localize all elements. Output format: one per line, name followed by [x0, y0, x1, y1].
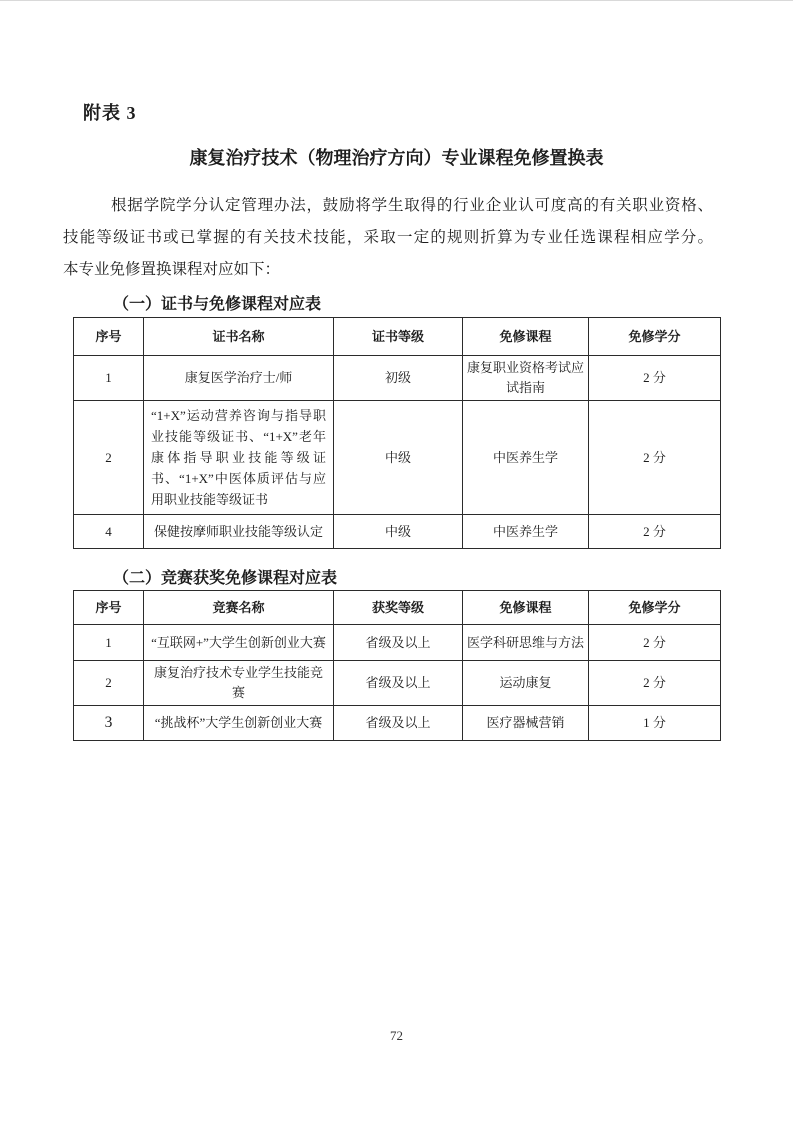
- page-top-divider: [0, 0, 793, 1]
- appendix-label: 附表 3: [83, 99, 137, 125]
- certificate-table-header-row: 序号 证书名称 证书等级 免修课程 免修学分: [74, 318, 721, 356]
- certificate-table-row: 1 康复医学治疗士/师 初级 康复职业资格考试应试指南 2 分: [74, 356, 721, 401]
- cell-exempt-course: 中医养生学: [463, 515, 589, 549]
- certificate-table-row: 2 “1+X”运动营养咨询与指导职业技能等级证书、“1+X”老年康体指导职业技能…: [74, 401, 721, 515]
- competition-table: 序号 竞赛名称 获奖等级 免修课程 免修学分 1 “互联网+”大学生创新创业大赛…: [73, 590, 721, 741]
- cell-exempt-credits: 2 分: [589, 515, 721, 549]
- document-title: 康复治疗技术（物理治疗方向）专业课程免修置换表: [0, 144, 793, 170]
- cell-certificate-level: 中级: [334, 401, 463, 515]
- cell-exempt-credits: 2 分: [589, 625, 721, 661]
- cell-exempt-course: 中医养生学: [463, 401, 589, 515]
- cell-index: 2: [74, 401, 144, 515]
- header-cell-index: 序号: [74, 318, 144, 356]
- intro-line-3: 本专业免修置换课程对应如下：: [63, 254, 713, 286]
- header-cell-exempt-credits: 免修学分: [589, 318, 721, 356]
- cell-competition-name: “挑战杯”大学生创新创业大赛: [144, 706, 334, 741]
- cell-index: 1: [74, 625, 144, 661]
- competition-table-header-row: 序号 竞赛名称 获奖等级 免修课程 免修学分: [74, 591, 721, 625]
- header-cell-certificate-level: 证书等级: [334, 318, 463, 356]
- cell-exempt-course: 运动康复: [463, 661, 589, 706]
- intro-line-1: 根据学院学分认定管理办法，鼓励将学生取得的行业企业认可度高的有关职业资格、: [63, 190, 713, 222]
- cell-exempt-credits: 2 分: [589, 661, 721, 706]
- intro-paragraph: 根据学院学分认定管理办法，鼓励将学生取得的行业企业认可度高的有关职业资格、 技能…: [63, 190, 713, 286]
- cell-index: 2: [74, 661, 144, 706]
- competition-table-row: 2 康复治疗技术专业学生技能竞赛 省级及以上 运动康复 2 分: [74, 661, 721, 706]
- cell-certificate-name: 保健按摩师职业技能等级认定: [144, 515, 334, 549]
- cell-exempt-course: 医疗器械营销: [463, 706, 589, 741]
- header-cell-certificate-name: 证书名称: [144, 318, 334, 356]
- header-cell-exempt-course: 免修课程: [463, 318, 589, 356]
- certificate-table-caption: （一）证书与免修课程对应表: [113, 291, 321, 314]
- competition-table-row: 1 “互联网+”大学生创新创业大赛 省级及以上 医学科研思维与方法 2 分: [74, 625, 721, 661]
- intro-line-2: 技能等级证书或已掌握的有关技术技能，采取一定的规则折算为专业任选课程相应学分。: [63, 222, 713, 254]
- cell-certificate-name: “1+X”运动营养咨询与指导职业技能等级证书、“1+X”老年康体指导职业技能等级…: [144, 401, 334, 515]
- header-cell-exempt-credits: 免修学分: [589, 591, 721, 625]
- cell-exempt-credits: 1 分: [589, 706, 721, 741]
- header-cell-exempt-course: 免修课程: [463, 591, 589, 625]
- cell-exempt-course: 康复职业资格考试应试指南: [463, 356, 589, 401]
- cell-award-level: 省级及以上: [334, 625, 463, 661]
- cell-exempt-credits: 2 分: [589, 401, 721, 515]
- header-cell-index: 序号: [74, 591, 144, 625]
- cell-index: 4: [74, 515, 144, 549]
- cell-certificate-name: 康复医学治疗士/师: [144, 356, 334, 401]
- cell-exempt-course: 医学科研思维与方法: [463, 625, 589, 661]
- cell-index: 3: [74, 706, 144, 741]
- cell-award-level: 省级及以上: [334, 661, 463, 706]
- competition-table-caption: （二）竞赛获奖免修课程对应表: [113, 565, 337, 588]
- cell-index: 1: [74, 356, 144, 401]
- cell-competition-name: “互联网+”大学生创新创业大赛: [144, 625, 334, 661]
- competition-table-row: 3 “挑战杯”大学生创新创业大赛 省级及以上 医疗器械营销 1 分: [74, 706, 721, 741]
- page-number: 72: [0, 1028, 793, 1044]
- cell-award-level: 省级及以上: [334, 706, 463, 741]
- header-cell-competition-name: 竞赛名称: [144, 591, 334, 625]
- document-page: 附表 3 康复治疗技术（物理治疗方向）专业课程免修置换表 根据学院学分认定管理办…: [0, 0, 793, 1122]
- certificate-table: 序号 证书名称 证书等级 免修课程 免修学分 1 康复医学治疗士/师 初级 康复…: [73, 317, 721, 549]
- cell-certificate-level: 中级: [334, 515, 463, 549]
- cell-exempt-credits: 2 分: [589, 356, 721, 401]
- header-cell-award-level: 获奖等级: [334, 591, 463, 625]
- cell-certificate-level: 初级: [334, 356, 463, 401]
- cell-competition-name: 康复治疗技术专业学生技能竞赛: [144, 661, 334, 706]
- certificate-table-row: 4 保健按摩师职业技能等级认定 中级 中医养生学 2 分: [74, 515, 721, 549]
